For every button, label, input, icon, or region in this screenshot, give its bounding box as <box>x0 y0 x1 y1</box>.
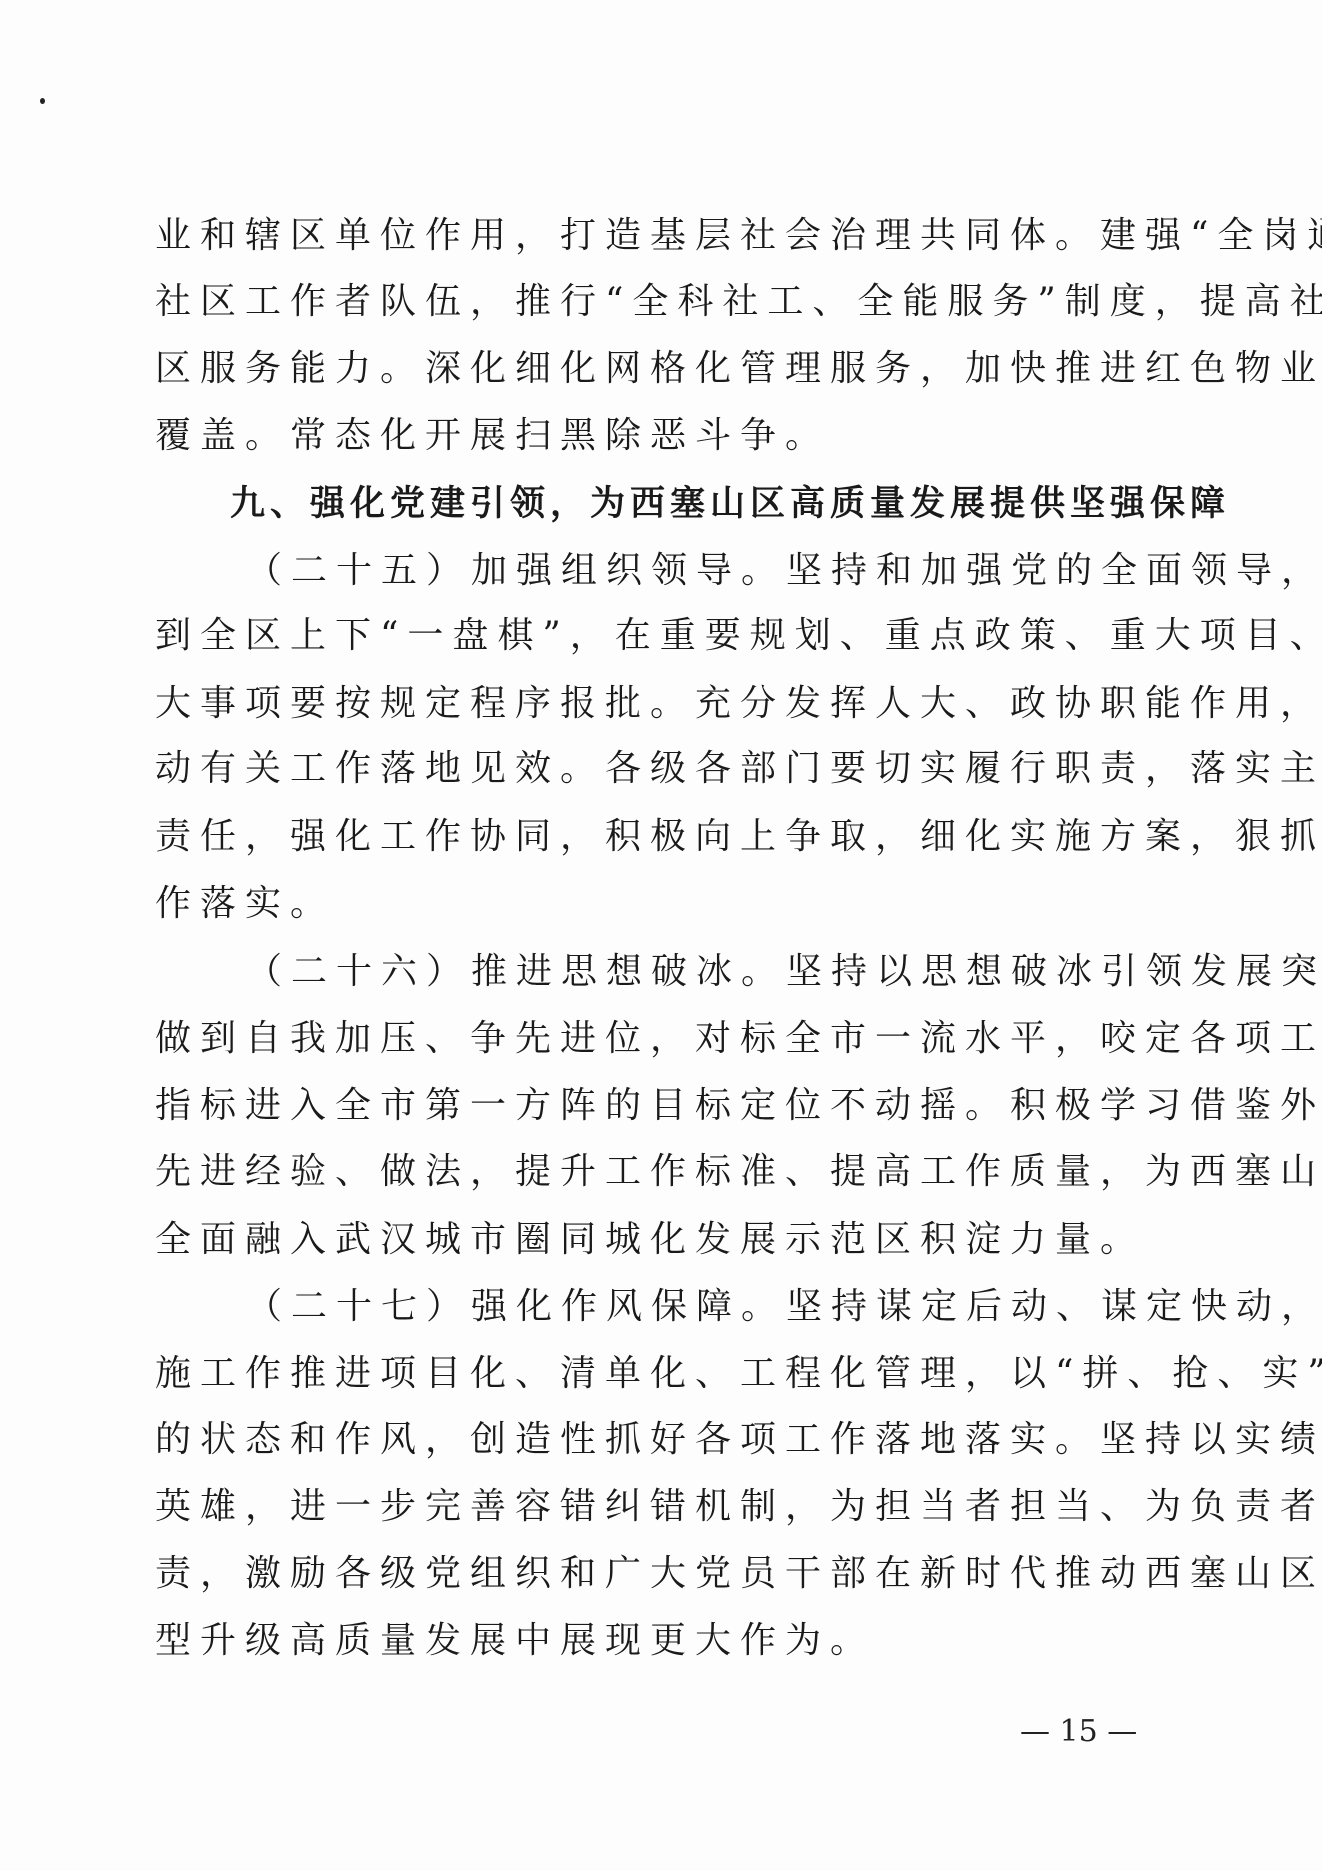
document-page: 业和辖区单位作用，打造基层社会治理共同体。建强“全岗通” 社区工作者队伍，推行“… <box>0 0 1322 1871</box>
text-line: 指标进入全市第一方阵的目标定位不动摇。积极学习借鉴外地 <box>155 1084 1165 1128</box>
text-line: （二十六）推进思想破冰。坚持以思想破冰引领发展突围， <box>246 950 1165 994</box>
text-line: （二十五）加强组织领导。坚持和加强党的全面领导，做 <box>246 549 1165 593</box>
text-line: 做到自我加压、争先进位，对标全市一流水平，咬定各项工作 <box>155 1017 1165 1061</box>
text-line: 作落实。 <box>155 882 1165 926</box>
text-line: 区服务能力。深化细化网格化管理服务，加快推进红色物业全 <box>155 347 1165 391</box>
text-line: 施工作推进项目化、清单化、工程化管理，以“拼、抢、实” <box>155 1352 1165 1396</box>
text-line: 动有关工作落地见效。各级各部门要切实履行职责，落实主体 <box>155 747 1165 791</box>
text-line: 全面融入武汉城市圈同城化发展示范区积淀力量。 <box>155 1218 1165 1262</box>
text-line: 的状态和作风，创造性抓好各项工作落地落实。坚持以实绩论 <box>155 1418 1165 1462</box>
text-line: 英雄，进一步完善容错纠错机制，为担当者担当、为负责者负 <box>155 1485 1165 1529</box>
text-line: 到全区上下“一盘棋”，在重要规划、重点政策、重大项目、重 <box>155 614 1165 658</box>
text-line: 大事项要按规定程序报批。充分发挥人大、政协职能作用，推 <box>155 682 1165 726</box>
text-line: （二十七）强化作风保障。坚持谋定后动、谋定快动，实 <box>246 1285 1165 1329</box>
scan-speck <box>40 98 45 104</box>
text-line: 责任，强化工作协同，积极向上争取，细化实施方案，狠抓工 <box>155 815 1165 859</box>
text-line: 覆盖。常态化开展扫黑除恶斗争。 <box>155 414 1165 458</box>
page-number: — 15 — <box>1020 1712 1137 1752</box>
section-heading: 九、强化党建引领，为西塞山区高质量发展提供坚强保障 <box>230 482 1165 526</box>
text-line: 社区工作者队伍，推行“全科社工、全能服务”制度，提高社 <box>155 280 1165 324</box>
text-line: 型升级高质量发展中展现更大作为。 <box>155 1619 1165 1663</box>
text-line: 业和辖区单位作用，打造基层社会治理共同体。建强“全岗通” <box>155 214 1165 258</box>
text-line: 责，激励各级党组织和广大党员干部在新时代推动西塞山区转 <box>155 1552 1165 1596</box>
text-line: 先进经验、做法，提升工作标准、提高工作质量，为西塞山区 <box>155 1150 1165 1194</box>
